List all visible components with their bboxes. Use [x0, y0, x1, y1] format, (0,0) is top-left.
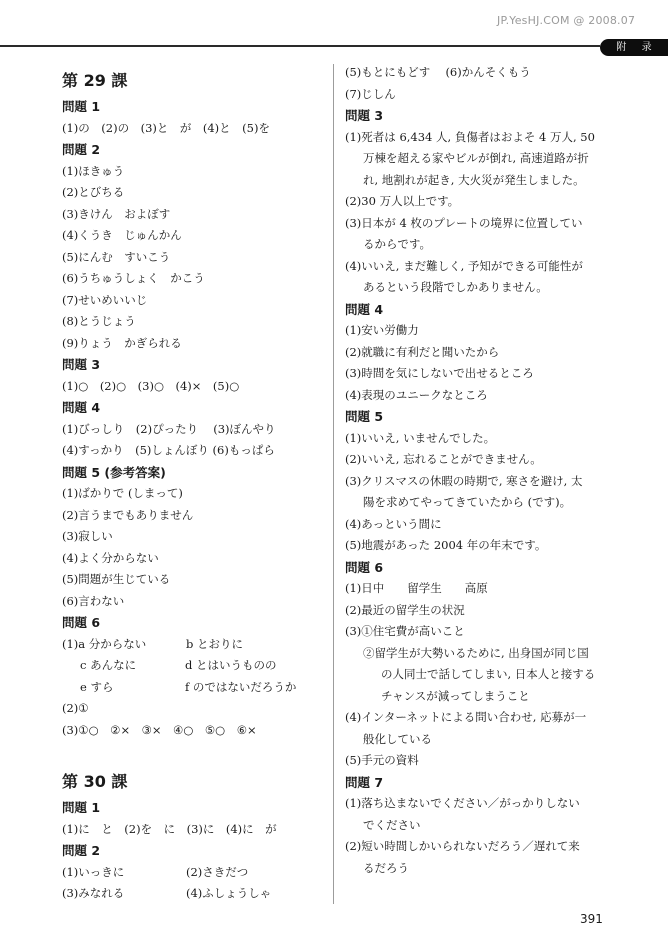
- header-rule: [0, 45, 600, 47]
- answer-line: (3)寂しい: [62, 526, 324, 548]
- question-heading: 問題 3: [62, 354, 324, 376]
- answer-cell: (2)さきだつ: [186, 862, 248, 884]
- answer-line: (1)びっしり (2)ぴったり (3)ぼんやり: [62, 419, 324, 441]
- answer-line: 万棟を超える家やビルが倒れ, 高速道路が折: [345, 148, 655, 170]
- question-heading: 問題 3: [345, 105, 655, 127]
- answer-line: (1)日中 留学生 高原: [345, 578, 655, 600]
- page-number: 391: [580, 912, 603, 926]
- lesson-29-title: 第 29 課: [62, 66, 324, 96]
- answer-line: e すら f のではないだろうか: [62, 677, 324, 699]
- answer-line: (5)にんむ すいこう: [62, 247, 324, 269]
- question-heading: 問題 7: [345, 772, 655, 794]
- answer-line: (4)すっかり (5)しょんぼり (6)もっぱら: [62, 440, 324, 462]
- answer-line: (4)表現のユニークなところ: [345, 385, 655, 407]
- answer-line: (4)いいえ, まだ難しく, 予知ができる可能性が: [345, 256, 655, 278]
- answer-line: (5)もとにもどす (6)かんそくもう: [345, 62, 655, 84]
- answer-line: ②留学生が大勢いるために, 出身国が同じ国: [345, 643, 655, 665]
- answer-line: (3)クリスマスの休暇の時期で, 寒さを避け, 太: [345, 471, 655, 493]
- answer-line: (3)みなれる (4)ふしょうしゃ: [62, 883, 324, 905]
- answer-line: (1)に と (2)を に (3)に (4)に が: [62, 819, 324, 841]
- answer-line: るからです。: [345, 234, 655, 256]
- answer-line: (1)落ち込まないでください／がっかりしない: [345, 793, 655, 815]
- answer-cell: d とはいうものの: [185, 655, 277, 677]
- question-heading: 問題 2: [62, 840, 324, 862]
- answer-cell: (1)a 分からない: [62, 634, 186, 656]
- right-column: (5)もとにもどす (6)かんそくもう (7)じしん 問題 3 (1)死者は 6…: [345, 62, 655, 879]
- question-heading: 問題 5 (参考答案): [62, 462, 324, 484]
- left-column: 第 29 課 問題 1 (1)の (2)の (3)と が (4)と (5)を 問…: [62, 62, 324, 905]
- question-heading: 問題 1: [62, 96, 324, 118]
- answer-line: (2)就職に有利だと聞いたから: [345, 342, 655, 364]
- answer-line: (3)①住宅費が高いこと: [345, 621, 655, 643]
- answer-cell: (4)ふしょうしゃ: [186, 883, 271, 905]
- answer-line: (1)の (2)の (3)と が (4)と (5)を: [62, 118, 324, 140]
- answer-cell: b とおりに: [186, 634, 243, 656]
- answer-line: (1)ばかりで (しまって): [62, 483, 324, 505]
- lesson-30-title: 第 30 課: [62, 767, 324, 797]
- answer-cell: (1)いっきに: [62, 862, 186, 884]
- answer-line: c あんなに d とはいうものの: [62, 655, 324, 677]
- answer-line: (7)せいめいいじ: [62, 290, 324, 312]
- answer-line: れ, 地割れが起き, 大火災が発生しました。: [345, 170, 655, 192]
- question-heading: 問題 1: [62, 797, 324, 819]
- question-heading: 問題 5: [345, 406, 655, 428]
- spacer: [62, 741, 324, 763]
- answer-line: 陽を求めてやってきていたから (です)。: [345, 492, 655, 514]
- answer-cell: (3)みなれる: [62, 883, 186, 905]
- answer-line: るだろう: [345, 858, 655, 880]
- question-heading: 問題 6: [345, 557, 655, 579]
- answer-line: (4)くうき じゅんかん: [62, 225, 324, 247]
- answer-cell: e すら: [80, 677, 185, 699]
- answer-cell: c あんなに: [80, 655, 185, 677]
- answer-line: (3)日本が 4 枚のプレートの境界に位置してい: [345, 213, 655, 235]
- answer-line: (2)①: [62, 698, 324, 720]
- answer-line: (5)問題が生じている: [62, 569, 324, 591]
- answer-line: (6)言わない: [62, 591, 324, 613]
- answer-line: チャンスが減ってしまうこと: [345, 686, 655, 708]
- answer-line: (5)手元の資料: [345, 750, 655, 772]
- answer-line: (2)短い時間しかいられないだろう／遅れて来: [345, 836, 655, 858]
- answer-line: あるという段階でしかありません。: [345, 277, 655, 299]
- answer-line: (1)a 分からない b とおりに: [62, 634, 324, 656]
- answer-line: (1)いっきに (2)さきだつ: [62, 862, 324, 884]
- question-heading: 問題 2: [62, 139, 324, 161]
- answer-line: (8)とうじょう: [62, 311, 324, 333]
- watermark: JP.YesHJ.COM @ 2008.07: [497, 14, 635, 27]
- question-heading: 問題 6: [62, 612, 324, 634]
- answer-line: (1)ほきゅう: [62, 161, 324, 183]
- answer-line: (7)じしん: [345, 84, 655, 106]
- answer-line: (1)○ (2)○ (3)○ (4)× (5)○: [62, 376, 324, 398]
- answer-line: (2)最近の留学生の状況: [345, 600, 655, 622]
- answer-line: (4)あっという間に: [345, 514, 655, 536]
- answer-line: (4)インターネットによる問い合わせ, 応募が一: [345, 707, 655, 729]
- answer-line: (2)とびちる: [62, 182, 324, 204]
- answer-line: (6)うちゅうしょく かこう: [62, 268, 324, 290]
- answer-line: (3)きけん およぼす: [62, 204, 324, 226]
- answer-line: (5)地震があった 2004 年の年末です。: [345, 535, 655, 557]
- answer-line: (2)いいえ, 忘れることができません。: [345, 449, 655, 471]
- answer-line: (1)死者は 6,434 人, 負傷者はおよそ 4 万人, 50: [345, 127, 655, 149]
- answer-line: の人同士で話してしまい, 日本人と接する: [345, 664, 655, 686]
- answer-cell: f のではないだろうか: [185, 677, 296, 699]
- answer-line: (2)言うまでもありません: [62, 505, 324, 527]
- question-heading: 問題 4: [345, 299, 655, 321]
- question-heading: 問題 4: [62, 397, 324, 419]
- answer-line: (1)いいえ, いませんでした。: [345, 428, 655, 450]
- answer-line: でください: [345, 815, 655, 837]
- answer-line: (3)時間を気にしないで出せるところ: [345, 363, 655, 385]
- appendix-section-tab: 附 录: [600, 39, 668, 56]
- answer-line: 般化している: [345, 729, 655, 751]
- answer-line: (4)よく分からない: [62, 548, 324, 570]
- answer-line: (9)りょう かぎられる: [62, 333, 324, 355]
- answer-line: (1)安い労働力: [345, 320, 655, 342]
- column-divider: [333, 64, 334, 904]
- answer-line: (2)30 万人以上です。: [345, 191, 655, 213]
- answer-line: (3)①○ ②× ③× ④○ ⑤○ ⑥×: [62, 720, 324, 742]
